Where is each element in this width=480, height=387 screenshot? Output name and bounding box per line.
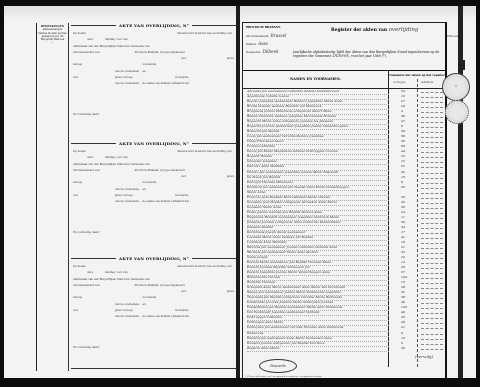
death-act-form-3: AKTE VAN OVERLIJDING, N° Op hedenduizend… — [71, 258, 237, 368]
column-subheader-a: voorlopige — [393, 81, 405, 84]
entry-empty-cell — [421, 193, 443, 194]
act-line: van de overledene, de welke ons hebben v… — [71, 314, 237, 320]
entry-empty-cell — [421, 198, 443, 199]
entry-empty-cell — [421, 243, 443, 244]
entry-empty-cell — [421, 268, 443, 269]
entry-empty-cell — [421, 102, 443, 103]
entry-empty-cell — [421, 127, 443, 128]
margin-column: BEDENKINGEN aanteekeningen hebben moeten… — [37, 23, 69, 371]
entry-empty-cell — [421, 328, 443, 329]
act-closing: En voorlezing daarv — [73, 113, 99, 116]
entry-empty-cell — [421, 223, 443, 224]
entry-empty-cell — [421, 288, 443, 289]
entry-empty-cell — [421, 278, 443, 279]
margin-side-word: Dilbeek — [447, 34, 459, 38]
act-bottom-rule — [71, 368, 237, 369]
margin-note: BEDENKINGEN aanteekeningen hebben moeten… — [37, 23, 68, 45]
entry-empty-cell — [421, 339, 443, 340]
death-act-form-2: AKTE VAN OVERLIJDING, N° Op hedenduizend… — [71, 143, 237, 253]
entry-empty-cell — [421, 183, 443, 184]
arrondissement-row: ArrondissementBrussel — [246, 33, 287, 38]
entry-empty-cell — [421, 273, 443, 274]
entry-empty-cell — [421, 152, 443, 153]
column-header-numbers: Nummers der akten op het register — [389, 71, 445, 77]
entry-empty-cell — [421, 349, 443, 350]
entry-empty-cell — [421, 283, 443, 284]
entry-empty-cell — [421, 92, 443, 93]
entry-act-number: 59 — [401, 346, 405, 351]
entry-empty-cell — [421, 298, 443, 299]
entry-empty-cell — [421, 157, 443, 158]
death-act-form-1: AKTE VAN OVERLIJDING, N° Op hedenduizend… — [71, 25, 237, 135]
entry-empty-cell — [421, 344, 443, 345]
scanned-document: BEDENKINGEN aanteekeningen hebben moeten… — [0, 0, 480, 387]
entry-empty-cell — [421, 303, 443, 304]
province-label: PROVINCIE BRABANT. — [246, 25, 281, 29]
entry-empty-cell — [421, 238, 443, 239]
column-subheader-b: definitieve — [421, 81, 433, 84]
entry-empty-cell — [421, 318, 443, 319]
entry-empty-cell — [421, 253, 443, 254]
act-line: van de overledene, de welke ons hebben v… — [71, 199, 237, 205]
register-rows: Adriaens Jan weduwnaar Catharina Sedeno … — [245, 89, 445, 351]
entry-empty-cell — [421, 308, 443, 309]
entry-empty-cell — [421, 142, 443, 143]
entry-empty-cell — [421, 233, 443, 234]
left-page: BEDENKINGEN aanteekeningen hebben moeten… — [36, 23, 237, 371]
act-closing: En voorlezing daarv — [73, 346, 99, 349]
entry-empty-cell — [421, 203, 443, 204]
margin-note-line: — — [51, 41, 53, 44]
entry-empty-cell — [421, 117, 443, 118]
entry-empty-cell — [421, 208, 443, 209]
entry-empty-cell — [421, 248, 443, 249]
entry-empty-cell — [421, 178, 443, 179]
signature-flourish: Pauwels — [259, 359, 297, 373]
entry-empty-cell — [421, 218, 443, 219]
entry-empty-cell — [421, 258, 443, 259]
act-closing: En voorlezing daarv — [73, 231, 99, 234]
table-row: Zeghers Anna Maria59 — [245, 346, 445, 351]
entry-name: Zeghers Anna Maria — [247, 346, 389, 352]
entry-empty-cell — [421, 263, 443, 264]
entry-empty-cell — [421, 147, 443, 148]
entry-empty-cell — [421, 323, 443, 324]
scan-artifact — [462, 60, 465, 70]
entry-empty-cell — [421, 173, 443, 174]
entry-empty-cell — [421, 293, 443, 294]
continuation-note: (vervolg) — [415, 354, 433, 359]
column-header-names: NAMEN EN VOORNAMEN. — [243, 71, 389, 88]
entry-empty-cell — [421, 112, 443, 113]
entry-empty-cell — [421, 137, 443, 138]
entry-empty-cell — [421, 97, 443, 98]
entry-empty-cell — [421, 107, 443, 108]
entry-empty-cell — [421, 313, 443, 314]
entry-empty-cell — [421, 132, 443, 133]
register-subtitle: Jaarlijksche alphabetische Tafel der Akt… — [293, 50, 441, 60]
seal-stamp-icon: ⚜ — [442, 73, 470, 101]
footnote: (*) Deze tafel moet, na 't overgaan der … — [245, 375, 322, 378]
entry-empty-cell — [421, 122, 443, 123]
act-line: van de overledene, de welke ons hebben v… — [71, 81, 237, 87]
entry-empty-cell — [421, 334, 443, 335]
round-stamp-icon — [445, 100, 469, 124]
entry-empty-cell — [421, 213, 443, 214]
right-page-register-index: PROVINCIE BRABANT. ArrondissementBrussel… — [242, 22, 447, 381]
kanton-row: KantonAsse — [246, 41, 268, 46]
entry-empty-cell — [421, 228, 443, 229]
register-title: Register der akten van overlijding — [331, 27, 418, 33]
table-header: NAMEN EN VOORNAMEN. Nummers der akten op… — [243, 70, 445, 89]
gemeente-row: GemeenteDilbeek — [246, 49, 279, 54]
entry-empty-cell — [421, 188, 443, 189]
entry-empty-cell — [421, 162, 443, 163]
entry-empty-cell — [421, 167, 443, 168]
